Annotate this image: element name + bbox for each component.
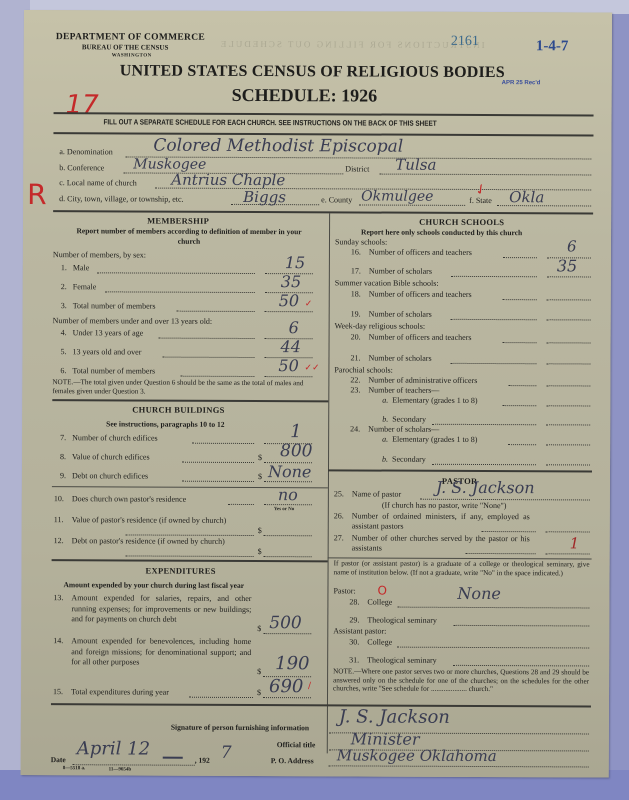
q23-label: Number of teachers— — [368, 386, 439, 395]
q15-label: Total expenditures during year — [71, 687, 169, 696]
pastor-note: NOTE.—Where one pastor serves two or mor… — [333, 667, 589, 694]
q12-line — [264, 556, 312, 557]
q21-label: Number of scholars — [368, 354, 431, 363]
q13-line — [263, 633, 311, 634]
q30-label: College — [367, 638, 392, 647]
q27-num: 27. — [334, 533, 344, 542]
stamp-code: 1-4-7 — [536, 38, 569, 55]
church-schools-title: CHURCH SCHOOLS — [419, 217, 504, 227]
local-name-label: c. Local name of church — [59, 178, 137, 187]
q17-label: Number of scholars — [369, 267, 432, 276]
members-age-label: Number of members under and over 13 year… — [53, 316, 213, 326]
form-subtitle: SCHEDULE: 1926 — [232, 85, 378, 107]
q16-label: Number of officers and teachers — [369, 248, 472, 257]
q4-num: 4. — [61, 328, 67, 337]
graduate-note: If pastor (or assistant pastor) is a gra… — [334, 559, 590, 577]
q15-num: 15. — [53, 687, 63, 696]
q11-label: Value of pastor's residence (if owned by… — [72, 515, 252, 526]
q12-num: 12. — [54, 536, 64, 545]
red-check-q3: ✓ — [305, 299, 313, 309]
church-schools-subtitle: Report here only schools conducted by th… — [361, 227, 522, 237]
q5-over13-field[interactable]: 44 — [280, 337, 300, 356]
q20-field — [547, 342, 591, 343]
po-address-field[interactable]: Muskogee Oklahoma — [337, 746, 497, 765]
q16-sunday-teachers-field[interactable]: 6 — [567, 237, 577, 255]
year-field[interactable]: 7 — [221, 743, 232, 763]
q28-college-field[interactable]: None — [457, 584, 500, 603]
bureau-label: BUREAU OF THE CENSUS — [82, 43, 169, 51]
q27-line — [546, 553, 590, 554]
q2-num: 2. — [61, 282, 67, 291]
q10-line — [264, 504, 312, 505]
q3-num: 3. — [61, 301, 67, 310]
expenditures-title: EXPENDITURES — [146, 566, 216, 576]
q24a-label: Elementary (grades 1 to 8) — [392, 435, 477, 444]
q8-dollar: $ — [258, 453, 262, 462]
q20-label: Number of officers and teachers — [369, 333, 472, 342]
q26-field — [546, 531, 590, 532]
q17-sunday-scholars-field[interactable]: 35 — [557, 256, 577, 275]
q30-num: 30. — [349, 637, 359, 646]
q23a-field — [546, 405, 590, 406]
q24-num: 24. — [350, 424, 360, 433]
q23a-dots — [502, 405, 536, 406]
city-field[interactable]: Biggs — [243, 188, 286, 206]
q6-num: 6. — [60, 366, 66, 375]
church-buildings-subtitle: See instructions, paragraphs 10 to 12 — [106, 419, 224, 429]
form-code-1: 8—5518 a. — [63, 766, 86, 771]
city-field-label: d. City, town, village, or township, etc… — [59, 194, 183, 204]
expenditures-subtitle: Amount expended by your church during la… — [63, 580, 244, 590]
assistant-pastor-label: Assistant pastor: — [333, 626, 386, 635]
q3-line — [265, 311, 313, 312]
q29-label: Theological seminary — [367, 616, 437, 625]
q7-num: 7. — [60, 433, 66, 442]
q5-label: 13 years old and over — [72, 347, 141, 356]
q7-label: Number of church edifices — [72, 433, 158, 442]
pastor-grad-label: Pastor: — [333, 586, 355, 595]
q14-num: 14. — [53, 636, 63, 645]
q22-dots — [508, 385, 536, 386]
summer-schools-label: Summer vacation Bible schools: — [335, 278, 439, 287]
q16-dots — [503, 257, 537, 258]
q25-num: 25. — [334, 489, 344, 498]
q11-dollar: $ — [258, 526, 262, 535]
q4-under13-field[interactable]: 6 — [289, 318, 299, 337]
q26-label: Number of ordained ministers, if any, em… — [352, 511, 530, 532]
q15-dollar: $ — [257, 688, 261, 697]
q9-debt-field[interactable]: None — [268, 462, 311, 481]
q31-label: Theological seminary — [367, 656, 437, 665]
q8-num: 8. — [60, 452, 66, 461]
district-label: District — [345, 164, 369, 173]
q24a-num: a. — [382, 435, 388, 444]
parochial-schools-label: Parochial schools: — [334, 365, 392, 374]
membership-title: MEMBERSHIP — [147, 216, 209, 226]
q5-num: 5. — [60, 347, 66, 356]
q25-pastor-name-field[interactable]: J. S. Jackson — [436, 478, 535, 497]
county-field[interactable]: Okmulgee — [361, 188, 433, 204]
q25-label: Name of pastor — [352, 489, 401, 498]
q23a-num: a. — [382, 396, 388, 405]
conference-label: b. Conference — [59, 163, 104, 172]
q18-num: 18. — [351, 289, 361, 298]
q14-dollar: $ — [257, 667, 261, 676]
q13-running-expenses-field[interactable]: 500 — [269, 613, 302, 633]
q22-field — [546, 385, 590, 386]
q11-line — [264, 535, 312, 536]
state-field[interactable]: Okla — [509, 188, 544, 206]
q23-num: 23. — [350, 385, 360, 394]
sunday-schools-label: Sunday schools: — [335, 237, 387, 246]
q16-num: 16. — [351, 247, 361, 256]
q13-dollar: $ — [257, 624, 261, 633]
q15-total-field[interactable]: 690 — [269, 676, 303, 697]
q7-edifices-field[interactable]: 1 — [290, 421, 302, 442]
church-buildings-title: CHURCH BUILDINGS — [132, 404, 224, 414]
members-by-sex-label: Number of members, by sex: — [53, 250, 146, 259]
q10-dots — [228, 504, 254, 505]
q23b-label: Secondary — [392, 415, 426, 424]
official-title-label: Official title — [277, 740, 316, 749]
q13-num: 13. — [53, 593, 63, 602]
date-dash — [163, 757, 183, 759]
bleed-through-text: INSTRUCTIONS FOR FILLING OUT SCHEDULE — [219, 39, 485, 50]
received-stamp: APR 25 Rec'd — [502, 80, 541, 86]
q24a-dots — [508, 444, 536, 445]
q24b-field — [546, 464, 590, 465]
q17-num: 17. — [351, 266, 361, 275]
stamp-number: 2161 — [451, 34, 479, 50]
q28-label: College — [367, 598, 392, 607]
q22-label: Number of administrative officers — [368, 376, 477, 385]
membership-subtitle: Report number of members according to de… — [69, 226, 309, 247]
q20-num: 20. — [351, 332, 361, 341]
q6-label: Total number of members — [72, 366, 155, 375]
q21-num: 21. — [350, 353, 360, 362]
q8-value-field[interactable]: 800 — [280, 441, 313, 461]
q28-num: 28. — [349, 597, 359, 606]
q23b-field — [546, 424, 590, 425]
signature-field[interactable]: J. S. Jackson — [339, 706, 450, 727]
q2-label: Female — [73, 282, 97, 291]
date-field[interactable]: April 12 — [77, 738, 150, 759]
q23a-label: Elementary (grades 1 to 8) — [392, 396, 477, 405]
city-label: WASHINGTON — [112, 53, 152, 58]
local-name-field[interactable]: Antrius Chaple — [171, 171, 285, 189]
instruction-banner: FILL OUT A SEPARATE SCHEDULE FOR EACH CH… — [103, 117, 436, 127]
county-label: e. County — [321, 195, 352, 204]
q9-num: 9. — [60, 471, 66, 480]
q10-residence-field[interactable]: no — [278, 485, 298, 504]
q13-label: Amount expended for salaries, repairs, a… — [71, 593, 251, 625]
q3-total-field[interactable]: 50 — [279, 291, 299, 310]
q27-other-churches-field[interactable]: 1 — [570, 534, 580, 552]
q19-label: Number of scholars — [369, 310, 432, 319]
q1-male-field[interactable]: 15 — [285, 253, 305, 272]
q12-label: Debt on pastor's residence (if owned by … — [72, 536, 252, 547]
membership-note: NOTE.—The total given under Question 6 s… — [52, 378, 324, 397]
red-letter-mark: R — [27, 178, 47, 211]
date-label: Date — [51, 755, 66, 764]
q19-num: 19. — [351, 309, 361, 318]
q18-field — [547, 299, 591, 300]
q10-label: Does church own pastor's residence — [72, 494, 186, 503]
q12-dollar: $ — [258, 547, 262, 556]
census-form: INSTRUCTIONS FOR FILLING OUT SCHEDULE DE… — [21, 10, 612, 778]
weekday-schools-label: Week-day religious schools: — [335, 321, 425, 330]
q29-num: 29. — [349, 615, 359, 624]
q24b-num: b. — [382, 455, 388, 464]
q24-label: Number of scholars— — [368, 425, 439, 434]
q26-num: 26. — [334, 511, 344, 520]
q18-label: Number of officers and teachers — [369, 290, 472, 299]
form-title: UNITED STATES CENSUS OF RELIGIOUS BODIES — [120, 62, 505, 82]
q3-label: Total number of members — [73, 301, 156, 310]
q22-num: 22. — [350, 375, 360, 384]
q6-line — [264, 376, 312, 377]
q6-total-field[interactable]: 50 — [278, 356, 298, 375]
q18-dots — [503, 299, 537, 300]
q14-label: Amount expended for benevolences, includ… — [71, 636, 251, 668]
q23b-num: b. — [382, 415, 388, 424]
year-prefix: , 192 — [195, 756, 210, 765]
q27-label: Number of other churches served by the p… — [352, 533, 530, 554]
district-field[interactable]: Tulsa — [395, 156, 436, 174]
q9-dollar: $ — [258, 472, 262, 481]
red-number-mark: 17 — [66, 90, 99, 120]
yes-no-hint: Yes or No — [274, 507, 294, 512]
q14-benevolences-field[interactable]: 190 — [275, 653, 309, 674]
red-check-q6: ✓✓ — [304, 363, 319, 373]
red-circle-mark: O — [377, 584, 387, 598]
q20-dots — [503, 342, 537, 343]
q24b-label: Secondary — [392, 455, 426, 464]
q25-hint: (If church has no pastor, write "None") — [382, 501, 507, 511]
q17-line — [547, 276, 591, 277]
q24a-field — [546, 444, 590, 445]
department-label: DEPARTMENT OF COMMERCE — [56, 32, 205, 43]
q31-num: 31. — [349, 655, 359, 664]
q21-field — [546, 363, 590, 364]
red-check-q15: / — [308, 681, 311, 691]
q9-label: Debt on church edifices — [72, 471, 148, 480]
q1-label: Male — [73, 263, 89, 272]
q2-female-field[interactable]: 35 — [281, 272, 301, 291]
denomination-label: a. Denomination — [59, 147, 112, 156]
q10-num: 10. — [54, 494, 64, 503]
q8-label: Value of church edifices — [72, 452, 150, 461]
form-code-2: 11—9654b — [109, 767, 132, 772]
q15-line — [263, 697, 311, 698]
denomination-field[interactable]: Colored Methodist Episcopal — [153, 136, 403, 157]
q1-num: 1. — [61, 263, 67, 272]
q19-field — [547, 319, 591, 320]
signature-label: Signature of person furnishing informati… — [171, 723, 309, 733]
q4-label: Under 13 years of age — [73, 328, 144, 337]
po-address-label: P. O. Address — [271, 756, 314, 765]
q11-num: 11. — [54, 515, 64, 524]
